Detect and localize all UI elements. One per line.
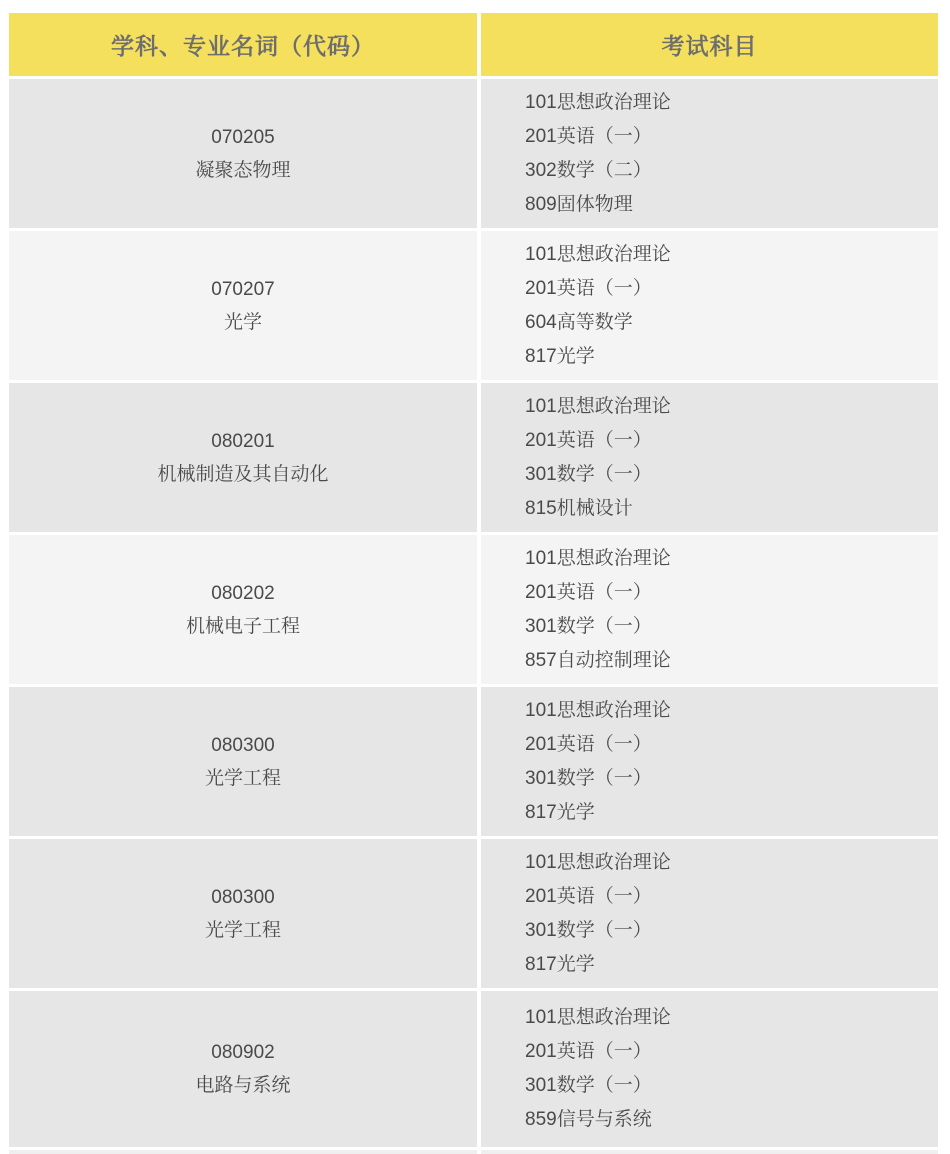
subject-item: 817光学 [525,948,595,982]
column-header-subjects: 考试科目 [481,13,938,76]
subject-item: 101思想政治理论 [525,694,671,728]
subject-item: 101思想政治理论 [525,846,671,880]
table-header-row: 学科、专业名词（代码） 考试科目 [9,13,938,76]
major-name: 电路与系统 [195,1069,290,1102]
subject-item: 101思想政治理论 [525,390,671,424]
subject-item: 301数学（一） [525,914,652,948]
subjects-cell [481,1150,938,1154]
page: { "colors": { "header_bg": "#F5E05E", "h… [0,0,950,1154]
table-row: 080202 机械电子工程 101思想政治理论 201英语（一） 301数学（一… [9,535,938,684]
partial-row [9,1150,938,1154]
major-name: 光学 [224,306,262,339]
table-row: 080300 光学工程 101思想政治理论 201英语（一） 301数学（一） … [9,839,938,988]
subjects-cell: 101思想政治理论 201英语（一） 604高等数学 817光学 [481,231,938,380]
subjects-cell: 101思想政治理论 201英语（一） 301数学（一） 817光学 [481,687,938,836]
major-name: 光学工程 [205,762,281,795]
subject-item: 201英语（一） [525,880,652,914]
subject-item: 817光学 [525,796,595,830]
subject-item: 201英语（一） [525,728,652,762]
table-row: 080300 光学工程 101思想政治理论 201英语（一） 301数学（一） … [9,687,938,836]
major-name: 机械电子工程 [186,610,300,643]
subject-item: 201英语（一） [525,1035,652,1069]
major-cell: 080202 机械电子工程 [9,535,477,684]
subject-item: 859信号与系统 [525,1103,652,1137]
subjects-cell: 101思想政治理论 201英语（一） 301数学（一） 815机械设计 [481,383,938,532]
table-row: 070207 光学 101思想政治理论 201英语（一） 604高等数学 817… [9,231,938,380]
subjects-cell: 101思想政治理论 201英语（一） 301数学（一） 817光学 [481,839,938,988]
major-name: 光学工程 [205,914,281,947]
subjects-cell: 101思想政治理论 201英语（一） 301数学（一） 857自动控制理论 [481,535,938,684]
major-code: 080300 [211,729,274,762]
major-code: 080300 [211,881,274,914]
subject-item: 809固体物理 [525,188,633,222]
subject-item: 301数学（一） [525,762,652,796]
subject-item: 604高等数学 [525,306,633,340]
subject-item: 201英语（一） [525,120,652,154]
major-cell: 080902 电路与系统 [9,991,477,1147]
major-name: 机械制造及其自动化 [157,458,328,491]
major-cell: 080300 光学工程 [9,687,477,836]
major-cell: 080201 机械制造及其自动化 [9,383,477,532]
subject-item: 101思想政治理论 [525,238,671,272]
major-code: 080902 [211,1036,274,1069]
major-name: 凝聚态物理 [195,154,290,187]
subject-item: 301数学（一） [525,610,652,644]
table-row: 070205 凝聚态物理 101思想政治理论 201英语（一） 302数学（二）… [9,79,938,228]
major-cell: 070207 光学 [9,231,477,380]
subjects-cell: 101思想政治理论 201英语（一） 301数学（一） 859信号与系统 [481,991,938,1147]
column-header-major: 学科、专业名词（代码） [9,13,477,76]
subject-item: 201英语（一） [525,272,652,306]
subject-item: 301数学（一） [525,1069,652,1103]
major-cell: 080300 光学工程 [9,839,477,988]
subject-item: 101思想政治理论 [525,1001,671,1035]
subject-item: 301数学（一） [525,458,652,492]
subjects-cell: 101思想政治理论 201英语（一） 302数学（二） 809固体物理 [481,79,938,228]
table-row: 080902 电路与系统 101思想政治理论 201英语（一） 301数学（一）… [9,991,938,1147]
table-row: 080201 机械制造及其自动化 101思想政治理论 201英语（一） 301数… [9,383,938,532]
major-code: 070205 [211,121,274,154]
major-cell: 070205 凝聚态物理 [9,79,477,228]
major-code: 070207 [211,273,274,306]
major-cell [9,1150,477,1154]
admissions-subjects-table: 学科、专业名词（代码） 考试科目 070205 凝聚态物理 101思想政治理论 … [9,13,938,1154]
major-code: 080201 [211,425,274,458]
major-code: 080202 [211,577,274,610]
subject-item: 201英语（一） [525,424,652,458]
subject-item: 201英语（一） [525,576,652,610]
subject-item: 815机械设计 [525,492,633,526]
subject-item: 101思想政治理论 [525,542,671,576]
subject-item: 302数学（二） [525,154,652,188]
subject-item: 101思想政治理论 [525,86,671,120]
subject-item: 857自动控制理论 [525,644,671,678]
subject-item: 817光学 [525,340,595,374]
